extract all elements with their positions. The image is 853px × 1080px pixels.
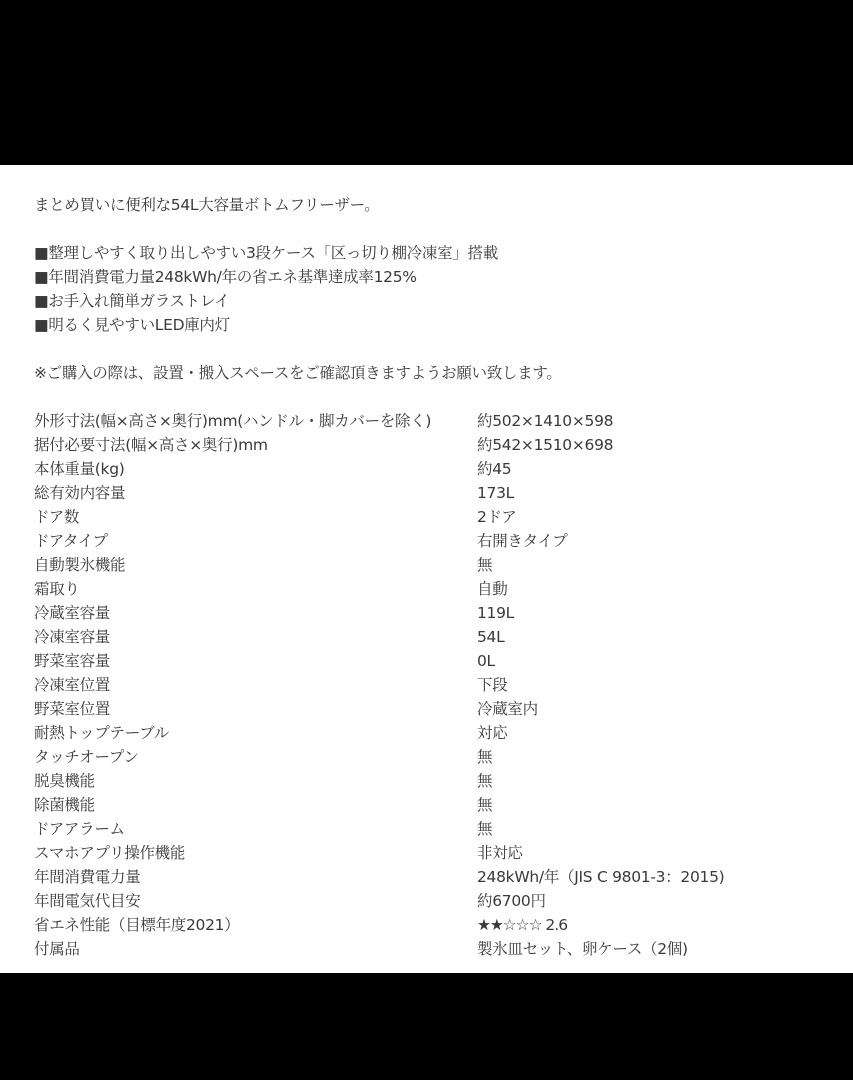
spec-row-vegetable-capacity: 野菜室容量0L (34, 649, 853, 673)
spec-row-annual-electricity-cost: 年間電気代目安約6700円 (34, 889, 853, 913)
star-rating: ★★☆☆☆ 2.6 (477, 913, 567, 937)
spec-value: 0L (477, 649, 495, 673)
spec-value: 無 (477, 817, 492, 841)
feature-item: ■お手入れ簡単ガラストレイ (34, 289, 853, 313)
spec-label: 総有効内容量 (34, 481, 125, 505)
spec-value: 約6700円 (477, 889, 546, 913)
spec-row-door-count: ドア数2ドア (34, 505, 853, 529)
spec-label: 年間消費電力量 (34, 865, 140, 889)
purchase-note: ※ご購入の際は、設置・搬入スペースをご確認頂きますようお願い致します。 (34, 361, 853, 385)
spec-value: 無 (477, 553, 492, 577)
spec-label: 据付必要寸法(幅×高さ×奥行)mm (34, 433, 268, 457)
spec-value: 173L (477, 481, 514, 505)
spec-value: 右開きタイプ (477, 529, 567, 553)
spec-row-freezer-position: 冷凍室位置下段 (34, 673, 853, 697)
spec-label: 省エネ性能（目標年度2021） (34, 913, 239, 937)
spec-row-door-alarm: ドアアラーム無 (34, 817, 853, 841)
spec-label: 除菌機能 (34, 793, 95, 817)
spec-label: ドアアラーム (34, 817, 125, 841)
spec-value: 非対応 (477, 841, 523, 865)
spec-label: 野菜室容量 (34, 649, 110, 673)
spec-row-total-capacity: 総有効内容量173L (34, 481, 853, 505)
spec-label: タッチオープン (34, 745, 139, 769)
spec-label: 冷凍室位置 (34, 673, 110, 697)
spec-value: 119L (477, 601, 514, 625)
spec-row-accessories: 付属品製氷皿セット、卵ケース（2個) (34, 937, 853, 961)
spec-row-auto-ice: 自動製氷機能無 (34, 553, 853, 577)
spec-value: 約45 (477, 457, 511, 481)
spec-value: 自動 (477, 577, 507, 601)
spec-label: ドアタイプ (34, 529, 108, 553)
spec-label: 霜取り (34, 577, 80, 601)
spec-row-fridge-capacity: 冷蔵室容量119L (34, 601, 853, 625)
spec-value: 無 (477, 769, 492, 793)
spec-value: 冷蔵室内 (477, 697, 538, 721)
spec-label: 付属品 (34, 937, 80, 961)
spec-row-smartphone-app: スマホアプリ操作機能非対応 (34, 841, 853, 865)
spec-label: 野菜室位置 (34, 697, 110, 721)
spec-row-touch-open: タッチオープン無 (34, 745, 853, 769)
spec-row-vegetable-position: 野菜室位置冷蔵室内 (34, 697, 853, 721)
spec-value: 約542×1510×698 (477, 433, 613, 457)
spec-label: 冷凍室容量 (34, 625, 110, 649)
intro-text: まとめ買いに便利な54L大容量ボトムフリーザー。 (34, 193, 853, 217)
spec-row-door-type: ドアタイプ右開きタイプ (34, 529, 853, 553)
product-description-panel: まとめ買いに便利な54L大容量ボトムフリーザー。 ■整理しやすく取り出しやすい3… (0, 165, 853, 973)
spec-row-energy-rating: 省エネ性能（目標年度2021）★★☆☆☆ 2.6 (34, 913, 853, 937)
spec-row-installation-dimensions: 据付必要寸法(幅×高さ×奥行)mm約542×1510×698 (34, 433, 853, 457)
spec-value: 対応 (477, 721, 507, 745)
spec-row-heat-resistant-top: 耐熱トップテーブル対応 (34, 721, 853, 745)
spacer (34, 385, 853, 409)
spec-label: スマホアプリ操作機能 (34, 841, 185, 865)
spec-label: 冷蔵室容量 (34, 601, 110, 625)
spec-value: 54L (477, 625, 504, 649)
feature-item: ■年間消費電力量248kWh/年の省エネ基準達成率125% (34, 265, 853, 289)
spec-label: 本体重量(kg) (34, 457, 125, 481)
spec-value: 下段 (477, 673, 507, 697)
spec-label: 脱臭機能 (34, 769, 95, 793)
feature-item: ■整理しやすく取り出しやすい3段ケース「区っ切り棚冷凍室」搭載 (34, 241, 853, 265)
spec-value: 248kWh/年（JIS C 9801-3：2015) (477, 865, 724, 889)
spec-row-outer-dimensions: 外形寸法(幅×高さ×奥行)mm(ハンドル・脚カバーを除く)約502×1410×5… (34, 409, 853, 433)
spec-label: 年間電気代目安 (34, 889, 140, 913)
spec-label: 外形寸法(幅×高さ×奥行)mm(ハンドル・脚カバーを除く) (34, 409, 431, 433)
spec-row-deodorize: 脱臭機能無 (34, 769, 853, 793)
spec-value: 製氷皿セット、卵ケース（2個) (477, 937, 688, 961)
spec-label: ドア数 (34, 505, 79, 529)
spec-label: 自動製氷機能 (34, 553, 125, 577)
spec-value: 約502×1410×598 (477, 409, 613, 433)
spec-row-freezer-capacity: 冷凍室容量54L (34, 625, 853, 649)
spacer (34, 217, 853, 241)
product-description: まとめ買いに便利な54L大容量ボトムフリーザー。 ■整理しやすく取り出しやすい3… (34, 193, 853, 961)
spec-row-sterilize: 除菌機能無 (34, 793, 853, 817)
spec-row-weight: 本体重量(kg)約45 (34, 457, 853, 481)
feature-item: ■明るく見やすいLED庫内灯 (34, 313, 853, 337)
spec-value: 無 (477, 745, 492, 769)
spec-row-annual-power: 年間消費電力量248kWh/年（JIS C 9801-3：2015) (34, 865, 853, 889)
spacer (34, 337, 853, 361)
spec-label: 耐熱トップテーブル (34, 721, 169, 745)
spec-value: 無 (477, 793, 492, 817)
spec-row-defrost: 霜取り自動 (34, 577, 853, 601)
spec-table: 外形寸法(幅×高さ×奥行)mm(ハンドル・脚カバーを除く)約502×1410×5… (34, 409, 853, 961)
feature-list: ■整理しやすく取り出しやすい3段ケース「区っ切り棚冷凍室」搭載 ■年間消費電力量… (34, 241, 853, 337)
spec-value: 2ドア (477, 505, 517, 529)
